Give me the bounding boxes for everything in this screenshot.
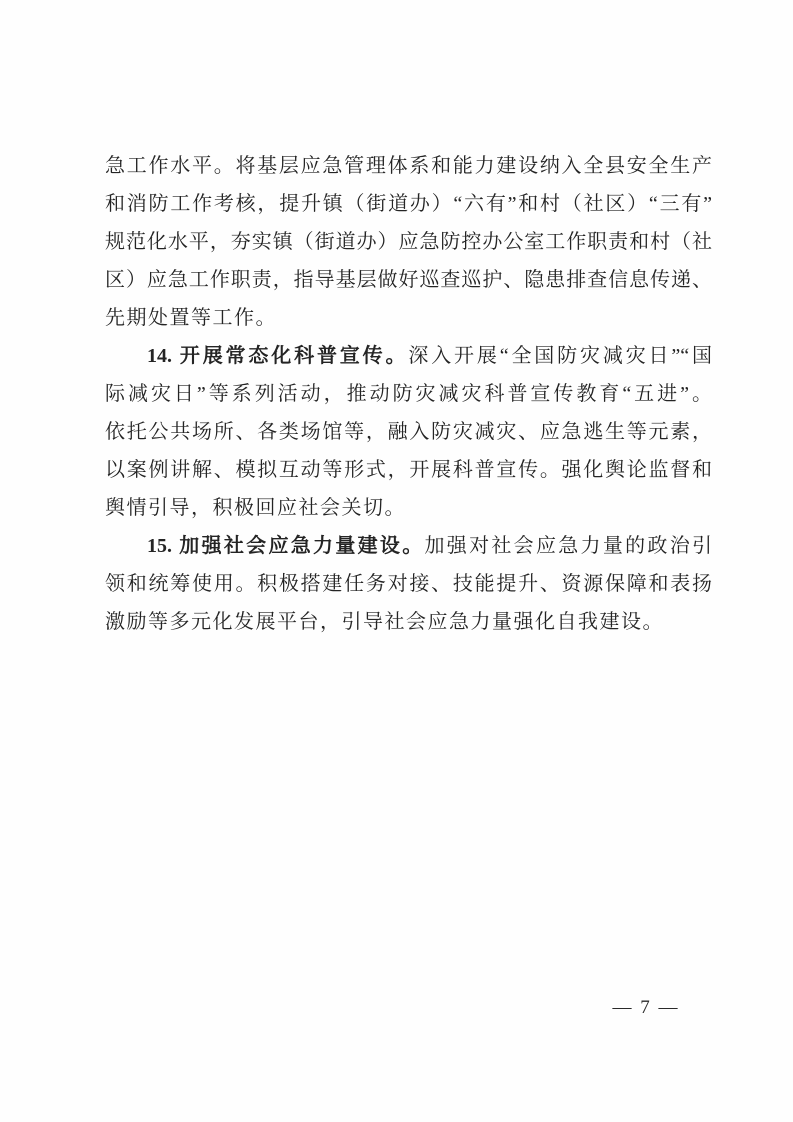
- page-number: — 7 —: [596, 994, 696, 1022]
- text-line: 和消防工作考核，提升镇（街道办）“六有”和村（社区）“三有”: [105, 185, 712, 223]
- text-line: 急工作水平。将基层应急管理体系和能力建设纳入全县安全生产: [105, 147, 712, 185]
- text-line: 先期处置等工作。: [105, 299, 712, 337]
- item-14-body-start: 深入开展“全国防灾减灾日”“国: [408, 345, 712, 367]
- text-line: 以案例讲解、模拟互动等形式，开展科普宣传。强化舆论监督和: [105, 451, 712, 489]
- text-line: 规范化水平，夯实镇（街道办）应急防控办公室工作职责和村（社: [105, 223, 712, 261]
- text-line: 舆情引导，积极回应社会关切。: [105, 489, 712, 527]
- document-page: 急工作水平。将基层应急管理体系和能力建设纳入全县安全生产 和消防工作考核，提升镇…: [0, 0, 793, 1122]
- item-15-body-start: 加强对社会应急力量的政治引: [425, 535, 713, 557]
- text-line: 激励等多元化发展平台，引导社会应急力量强化自我建设。: [105, 603, 712, 641]
- document-text: 急工作水平。将基层应急管理体系和能力建设纳入全县安全生产 和消防工作考核，提升镇…: [105, 147, 712, 641]
- item-14-heading: 14. 开展常态化科普宣传。: [147, 345, 408, 367]
- item-15-heading: 15. 加强社会应急力量建设。: [147, 535, 425, 557]
- item-14-first-line: 14. 开展常态化科普宣传。深入开展“全国防灾减灾日”“国: [105, 337, 712, 375]
- text-line: 依托公共场所、各类场馆等，融入防灾减灾、应急逃生等元素，: [105, 413, 712, 451]
- text-line: 际减灾日”等系列活动，推动防灾减灾科普宣传教育“五进”。: [105, 375, 712, 413]
- text-line: 领和统筹使用。积极搭建任务对接、技能提升、资源保障和表扬: [105, 565, 712, 603]
- item-15-first-line: 15. 加强社会应急力量建设。加强对社会应急力量的政治引: [105, 527, 712, 565]
- text-line: 区）应急工作职责，指导基层做好巡查巡护、隐患排查信息传递、: [105, 261, 712, 299]
